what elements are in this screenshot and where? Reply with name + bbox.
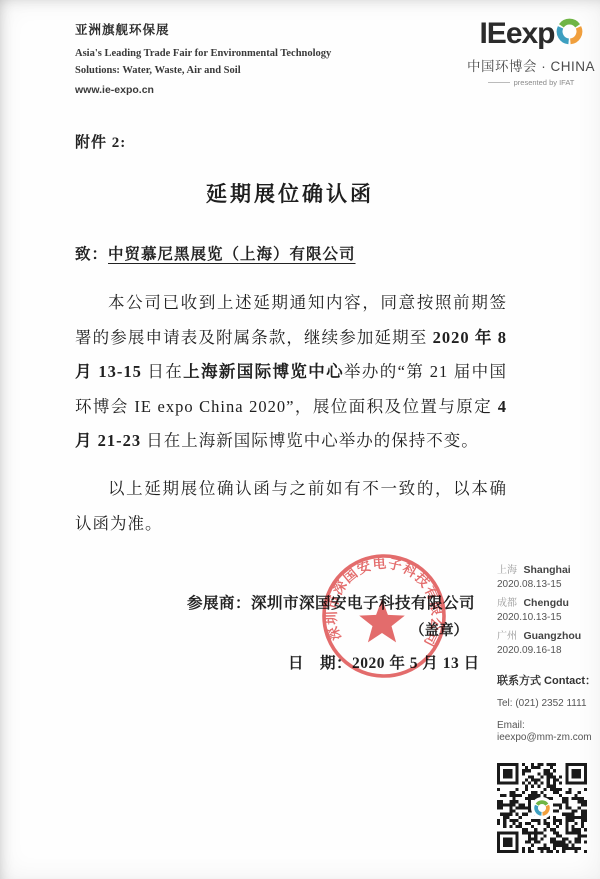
exhibitor-signature-line: 参展商：深圳市深国安电子科技有限公司 — [187, 591, 475, 613]
logo-wordmark: IEexp — [466, 16, 596, 51]
recipient-line: 致：中贸慕尼黑展览（上海）有限公司 — [75, 242, 356, 264]
recycle-circle-icon — [555, 16, 583, 51]
body-paragraph-1: 本公司已收到上述延期通知内容，同意按照前期签署的参展申请表及附属条款，继续参加延… — [75, 286, 507, 459]
city-chengdu: 成都 Chengdu 2020.10.13-15 — [497, 593, 597, 623]
email-label: Email: — [497, 720, 592, 732]
tagline-english: Asia's Leading Trade Fair for Environmen… — [75, 45, 331, 62]
city-dates: 2020.10.13-15 — [497, 612, 597, 623]
divider-line — [488, 82, 510, 83]
ieexpo-logo: IEexp 中国环博会 · CHINA presented by IFAT — [466, 16, 596, 87]
contact-heading: 联系方式 Contact： — [497, 672, 596, 688]
contact-email-block: Email: ieexpo@mm-zm.com — [497, 720, 592, 744]
logo-wordmark-text: IEexp — [479, 19, 554, 49]
city-name-zh: 广州 — [497, 631, 517, 642]
city-dates: 2020.08.13-15 — [497, 579, 597, 590]
city-name-zh: 成都 — [497, 598, 517, 609]
signature-date-line: 日 期：2020 年 5 月 13 日 — [288, 651, 480, 673]
document-title: 延期展位确认函 — [75, 178, 505, 208]
attachment-label: 附件 2: — [75, 131, 126, 152]
city-guangzhou: 广州 Guangzhou 2020.09.16-18 — [497, 626, 597, 656]
contact-phone: Tel: (021) 2352 1111 — [497, 698, 587, 709]
wechat-qr-code — [497, 763, 587, 853]
city-name-en: Chengdu — [523, 597, 569, 609]
tagline-solutions: Solutions: Water, Waste, Air and Soil — [75, 62, 331, 79]
website-url: www.ie-expo.cn — [75, 84, 154, 96]
city-shanghai: 上海 Shanghai 2020.08.13-15 — [497, 560, 597, 590]
scanned-letter-page: 亚洲旗舰环保展 Asia's Leading Trade Fair for En… — [0, 0, 600, 879]
header-taglines: 亚洲旗舰环保展 Asia's Leading Trade Fair for En… — [75, 20, 331, 79]
email-address: ieexpo@mm-zm.com — [497, 732, 592, 744]
body-paragraph-2: 以上延期展位确认函与之前如有不一致的，以本确认函为准。 — [75, 472, 507, 541]
city-name-en: Guangzhou — [523, 630, 581, 642]
logo-subtitle: 中国环博会 · CHINA — [466, 55, 596, 75]
city-dates: 2020.09.16-18 — [497, 645, 597, 656]
logo-presented-by: presented by IFAT — [466, 78, 596, 87]
qr-center-logo-icon — [531, 797, 553, 819]
recipient-prefix: 致： — [75, 246, 108, 263]
recipient-company-name: 中贸慕尼黑展览（上海）有限公司 — [108, 246, 356, 263]
city-name-en: Shanghai — [523, 564, 570, 576]
presented-by-text: presented by IFAT — [514, 78, 575, 87]
city-name-zh: 上海 — [497, 565, 517, 576]
seal-here-note: （盖章） — [410, 619, 468, 640]
tagline-chinese: 亚洲旗舰环保展 — [75, 20, 331, 38]
